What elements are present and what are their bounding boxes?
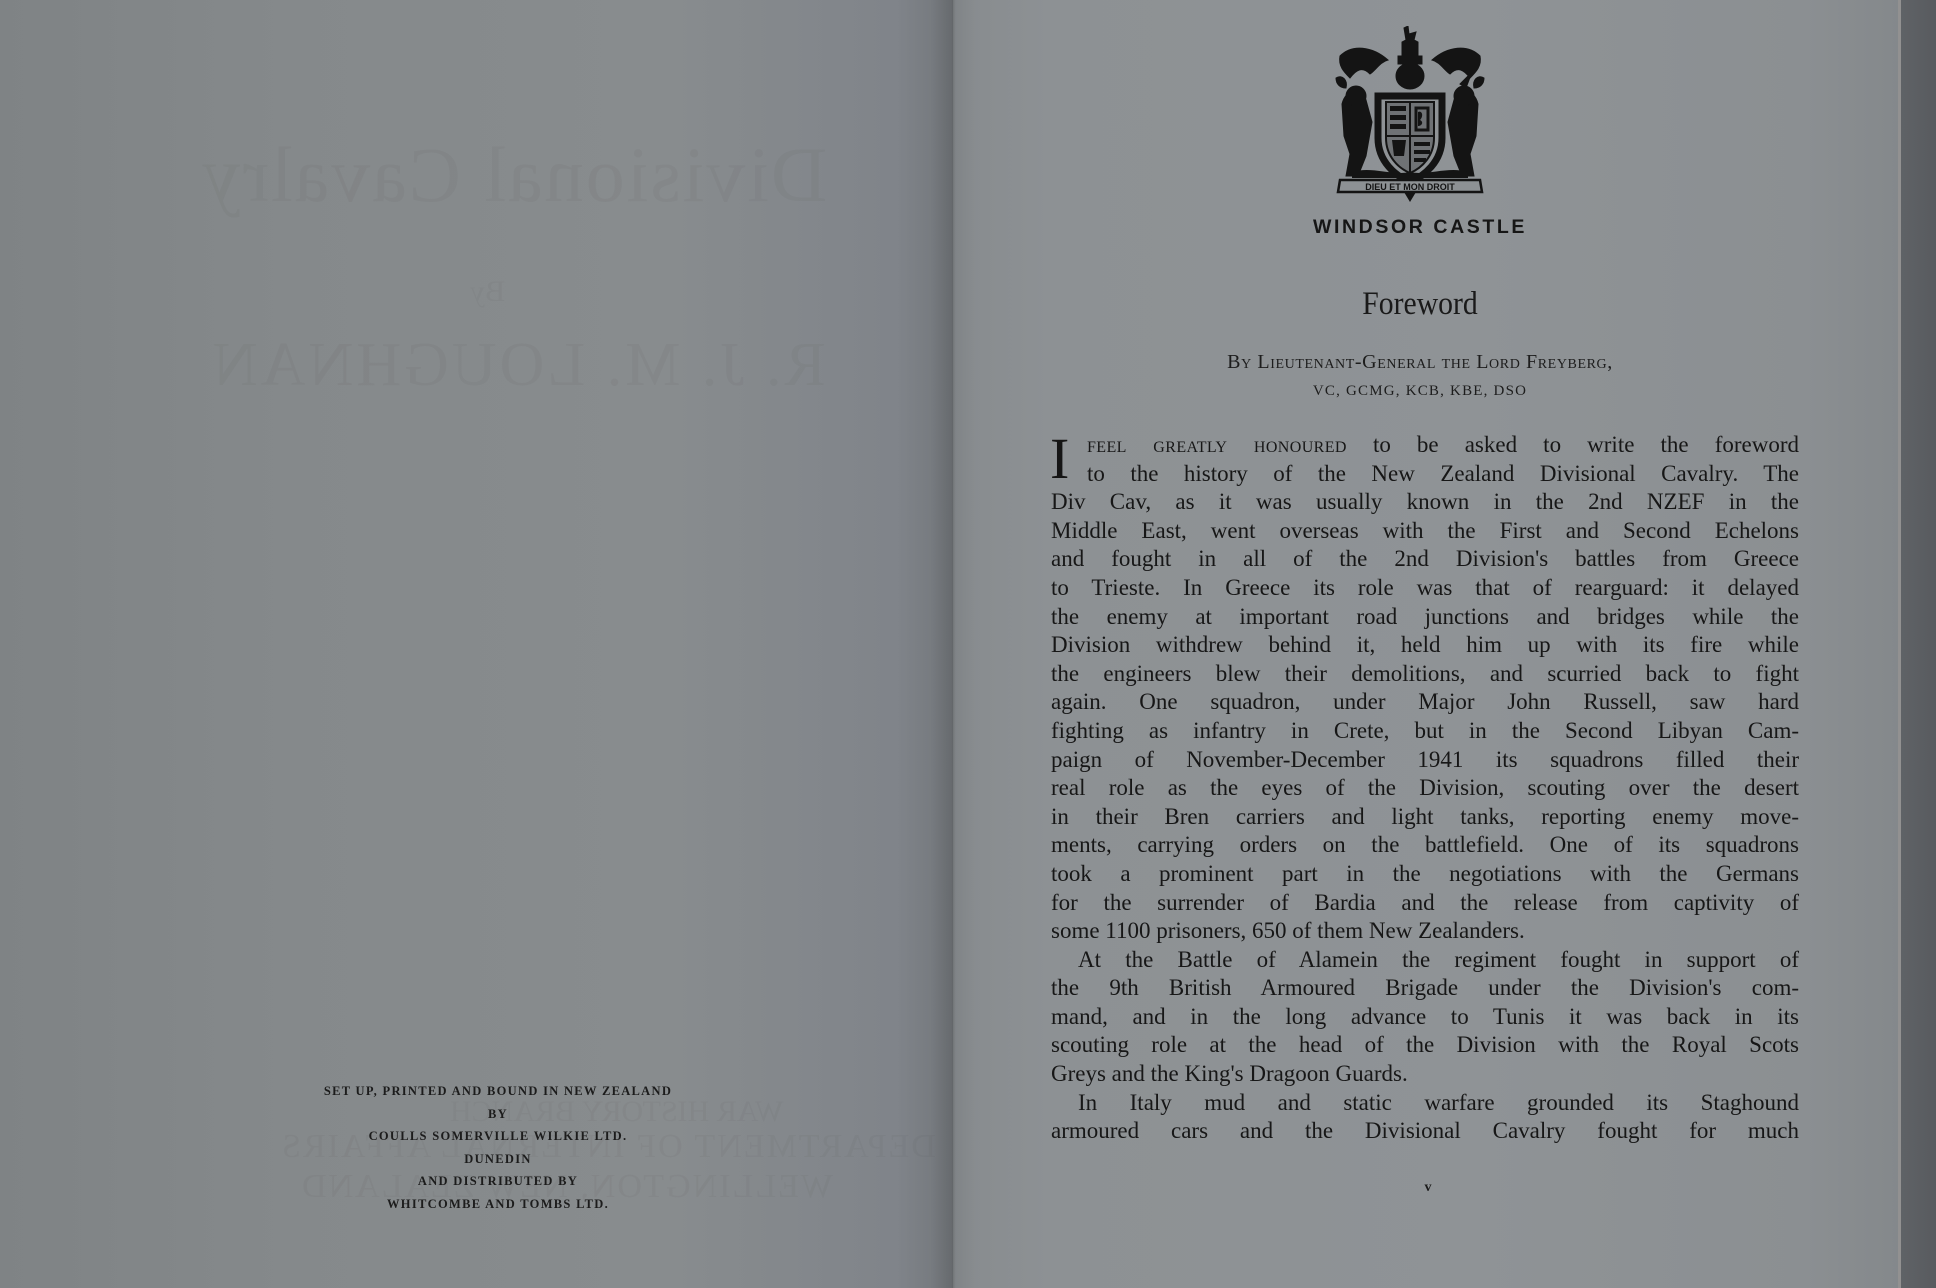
- body-line: Div Cav, as it was usually known in the …: [1051, 488, 1799, 517]
- body-line: Division withdrew behind it, held him up…: [1051, 631, 1799, 660]
- body-line: mand, and in the long advance to Tunis i…: [1051, 1003, 1799, 1032]
- body-line: to Trieste. In Greece its role was that …: [1051, 574, 1799, 603]
- royal-coat-of-arms-icon: DIEU ET MON DROIT: [1332, 26, 1488, 202]
- body-line-text: to be asked to write the foreword: [1347, 432, 1799, 457]
- page-stack-edge: [1901, 0, 1936, 1288]
- body-line: for the surrender of Bardia and the rele…: [1051, 889, 1799, 918]
- printer-imprint: Set up, printed and bound in New Zealand…: [292, 1080, 704, 1215]
- book-spread: Divisional Cavalry By R. J. M. LOUGHNAN …: [0, 0, 1936, 1288]
- body-line: In Italy mud and static warfare grounded…: [1051, 1089, 1799, 1118]
- foreword-body: feel greatly honoured to be asked to wri…: [1051, 431, 1799, 1146]
- author-honours: VC, GCMG, KCB, KBE, DSO: [1170, 383, 1670, 400]
- left-page: Divisional Cavalry By R. J. M. LOUGHNAN …: [0, 0, 953, 1288]
- imprint-line: by: [292, 1103, 704, 1126]
- body-line: again. One squadron, under Major John Ru…: [1051, 688, 1799, 717]
- page-title: Foreword: [1222, 286, 1618, 323]
- body-line: paign of November-December 1941 its squa…: [1051, 746, 1799, 775]
- body-line: real role as the eyes of the Division, s…: [1051, 774, 1799, 803]
- body-line: to the history of the New Zealand Divisi…: [1051, 460, 1799, 489]
- imprint-line: Whitcombe and Tombs Ltd.: [292, 1193, 704, 1216]
- imprint-line: and distributed by: [292, 1170, 704, 1193]
- body-line: Middle East, went overseas with the Firs…: [1051, 517, 1799, 546]
- body-line: and fought in all of the 2nd Division's …: [1051, 545, 1799, 574]
- body-line: feel greatly honoured to be asked to wri…: [1051, 431, 1799, 460]
- motto-text: DIEU ET MON DROIT: [1365, 182, 1455, 192]
- imprint-line: Set up, printed and bound in New Zealand: [292, 1080, 704, 1103]
- body-line: At the Battle of Alamein the regiment fo…: [1051, 946, 1799, 975]
- body-line: in their Bren carriers and light tanks, …: [1051, 803, 1799, 832]
- imprint-line: Coulls Somerville Wilkie Ltd.: [292, 1125, 704, 1148]
- body-line: ments, carrying orders on the battlefiel…: [1051, 831, 1799, 860]
- imprint-line: Dunedin: [292, 1148, 704, 1171]
- body-line: fighting as infantry in Crete, but in th…: [1051, 717, 1799, 746]
- show-through-title: Divisional Cavalry: [200, 130, 827, 220]
- show-through-by: By: [470, 275, 505, 309]
- body-line: took a prominent part in the negotiation…: [1051, 860, 1799, 889]
- letterhead: WINDSOR CASTLE: [1250, 216, 1590, 239]
- body-line: the 9th British Armoured Brigade under t…: [1051, 974, 1799, 1003]
- body-line: Greys and the King's Dragoon Guards.: [1051, 1060, 1799, 1089]
- lead-in-small-caps: feel greatly honoured: [1087, 432, 1347, 457]
- body-line: scouting role at the head of the Divisio…: [1051, 1031, 1799, 1060]
- page-number: v: [1418, 1180, 1438, 1196]
- author-byline: By Lieutenant-General the Lord Freyberg,: [1070, 351, 1770, 374]
- body-line: armoured cars and the Divisional Cavalry…: [1051, 1117, 1799, 1146]
- body-line: some 1100 prisoners, 650 of them New Zea…: [1051, 917, 1799, 946]
- body-line: the engineers blew their demolitions, an…: [1051, 660, 1799, 689]
- show-through-author: R. J. M. LOUGHNAN: [210, 330, 826, 401]
- body-line: the enemy at important road junctions an…: [1051, 603, 1799, 632]
